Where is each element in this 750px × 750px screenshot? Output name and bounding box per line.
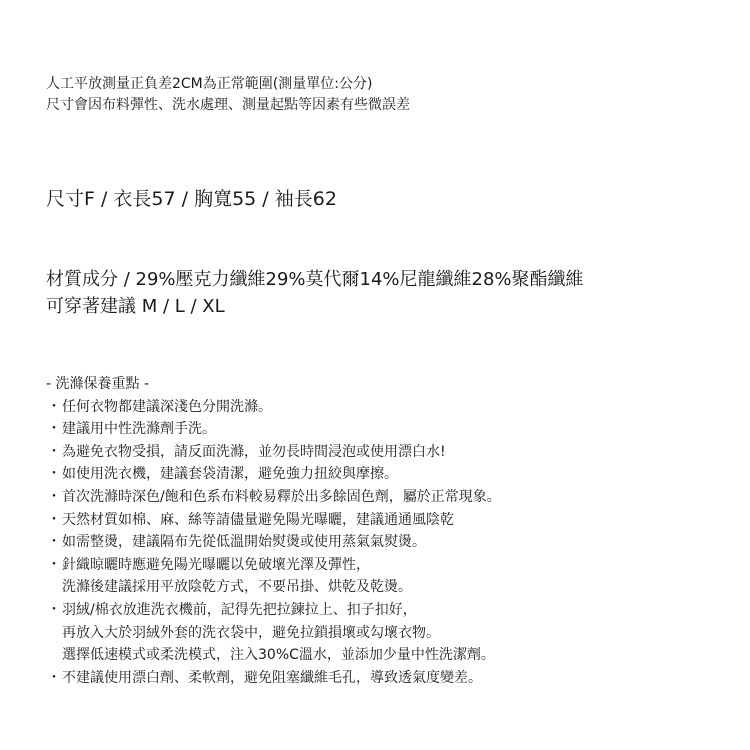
- care-item-text: 天然材質如棉、麻、絲等請儘量避免陽光曝曬，建議通通風陰乾: [62, 512, 454, 528]
- suggested-fit: 可穿著建議 M / L / XL: [46, 293, 584, 320]
- care-item: ・如使用洗衣機，建議套袋清潔，避免強力扭絞與摩擦。: [46, 463, 501, 486]
- material-info: 材質成分 / 29%壓克力纖維29%莫代爾14%尼龍纖維28%聚酯纖維 可穿著建…: [46, 266, 584, 320]
- bullet-icon: ・: [46, 667, 62, 690]
- care-item: ・羽絨/棉衣放進洗衣機前，記得先把拉鍊拉上、扣子扣好， 再放入大於羽絨外套的洗衣…: [46, 599, 501, 667]
- care-item: ・天然材質如棉、麻、絲等請儘量避免陽光曝曬，建議通通風陰乾: [46, 509, 501, 532]
- care-item-continuation: 選擇低速模式或柔洗模式，注入30%C溫水，並添加少量中性洗潔劑。: [46, 644, 501, 667]
- bullet-icon: ・: [46, 396, 62, 419]
- bullet-icon: ・: [46, 463, 62, 486]
- measurement-note-line: 尺寸會因布料彈性、洗水處理、測量起點等因素有些微誤差: [46, 95, 410, 116]
- care-item-continuation: 再放入大於羽絨外套的洗衣袋中，避免拉鎖損壞或勾壞衣物。: [46, 622, 501, 645]
- care-item-text: 針織晾曬時應避免陽光曝曬以免破壞光澤及彈性，: [62, 557, 370, 573]
- care-instructions: - 洗滌保養重點 - ・任何衣物都建議深淺色分開洗滌。 ・建議用中性洗滌劑手洗。…: [46, 373, 501, 689]
- care-item-text: 首次洗滌時深色/飽和色系布料較易釋於出多餘固色劑，屬於正常現象。: [62, 489, 501, 505]
- care-item: ・如需整燙，建議隔布先從低溫開始熨燙或使用蒸氣氣熨燙。: [46, 531, 501, 554]
- care-item-text: 羽絨/棉衣放進洗衣機前，記得先把拉鍊拉上、扣子扣好，: [62, 602, 417, 618]
- size-info: 尺寸F / 衣長57 / 胸寬55 / 袖長62: [46, 185, 337, 213]
- bullet-icon: ・: [46, 441, 62, 464]
- care-item: ・不建議使用漂白劑、柔軟劑，避免阻塞纖維毛孔，導致透氣度變差。: [46, 667, 501, 690]
- care-item: ・任何衣物都建議深淺色分開洗滌。: [46, 396, 501, 419]
- care-item-text: 任何衣物都建議深淺色分開洗滌。: [62, 399, 272, 415]
- material-composition: 材質成分 / 29%壓克力纖維29%莫代爾14%尼龍纖維28%聚酯纖維: [46, 266, 584, 293]
- bullet-icon: ・: [46, 418, 62, 441]
- care-item-text: 不建議使用漂白劑、柔軟劑，避免阻塞纖維毛孔，導致透氣度變差。: [62, 670, 482, 686]
- bullet-icon: ・: [46, 509, 62, 532]
- bullet-icon: ・: [46, 599, 62, 622]
- size-info-text: 尺寸F / 衣長57 / 胸寬55 / 袖長62: [46, 185, 337, 213]
- care-item-continuation: 洗滌後建議採用平放陰乾方式，不要吊掛、烘乾及乾燙。: [46, 576, 501, 599]
- bullet-icon: ・: [46, 486, 62, 509]
- care-item-text: 為避免衣物受損，請反面洗滌，並勿長時間浸泡或使用漂白水!: [62, 444, 446, 460]
- care-item-text: 如需整燙，建議隔布先從低溫開始熨燙或使用蒸氣氣熨燙。: [62, 534, 426, 550]
- care-item-text: 如使用洗衣機，建議套袋清潔，避免強力扭絞與摩擦。: [62, 466, 398, 482]
- care-item: ・為避免衣物受損，請反面洗滌，並勿長時間浸泡或使用漂白水!: [46, 441, 501, 464]
- care-heading: - 洗滌保養重點 -: [46, 373, 501, 396]
- bullet-icon: ・: [46, 531, 62, 554]
- care-item: ・針織晾曬時應避免陽光曝曬以免破壞光澤及彈性， 洗滌後建議採用平放陰乾方式，不要…: [46, 554, 501, 599]
- measurement-note: 人工平放測量正負差2CM為正常範圍(測量單位:公分) 尺寸會因布料彈性、洗水處理…: [46, 74, 410, 116]
- care-item: ・首次洗滌時深色/飽和色系布料較易釋於出多餘固色劑，屬於正常現象。: [46, 486, 501, 509]
- bullet-icon: ・: [46, 554, 62, 577]
- measurement-note-line: 人工平放測量正負差2CM為正常範圍(測量單位:公分): [46, 74, 410, 95]
- care-item: ・建議用中性洗滌劑手洗。: [46, 418, 501, 441]
- care-item-text: 建議用中性洗滌劑手洗。: [62, 421, 216, 437]
